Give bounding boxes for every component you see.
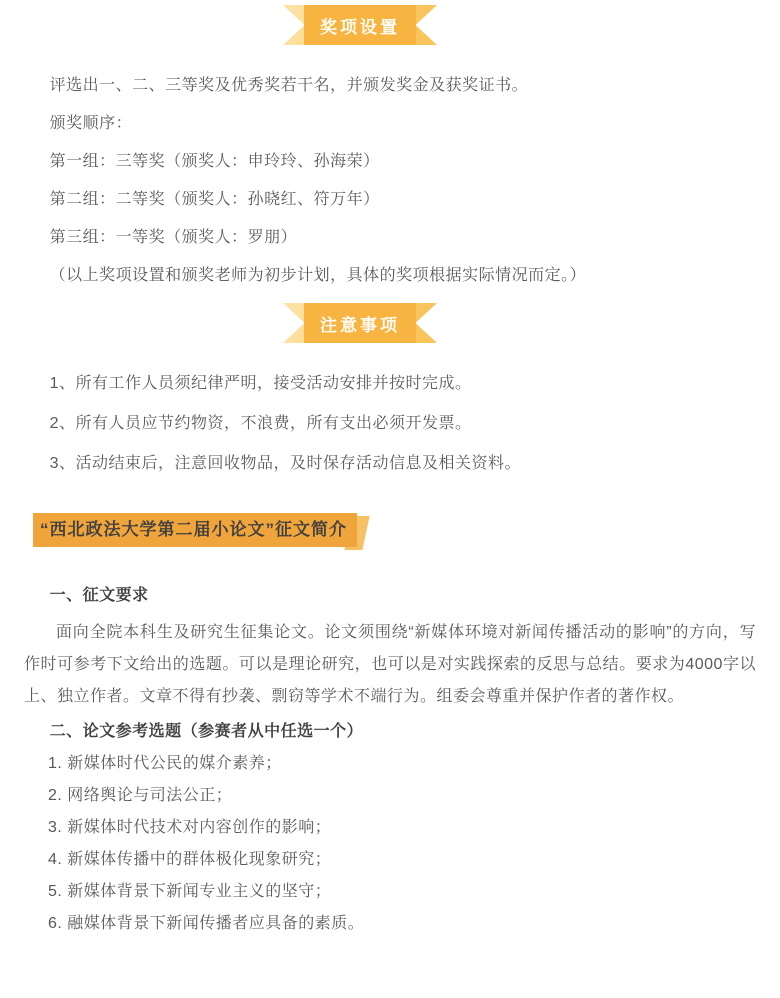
topic-line: 3. 新媒体时代技术对内容创作的影响； (24, 817, 756, 839)
notes-section: 1、所有工作人员须纪律严明，接受活动安排并按时完成。 2、所有人员应节约物资，不… (0, 373, 780, 475)
topic-line: 5. 新媒体背景下新闻专业主义的坚守； (24, 881, 756, 903)
essay-intro-badge: “西北政法大学第二届小论文”征文简介 (33, 513, 357, 547)
award-line: 第二组：二等奖（颁奖人：孙晓红、符万年） (24, 189, 756, 211)
note-line: 2、所有人员应节约物资，不浪费，所有支出必须开发票。 (24, 413, 756, 435)
essay-requirements-heading: 一、征文要求 (24, 585, 756, 607)
essay-topics-heading: 二、论文参考选题（参赛者从中任选一个） (24, 721, 756, 743)
award-line: 第一组：三等奖（颁奖人：申玲玲、孙海荣） (24, 151, 756, 173)
essay-topics-list: 1. 新媒体时代公民的媒介素养； 2. 网络舆论与司法公正； 3. 新媒体时代技… (24, 753, 756, 935)
essay-section: 一、征文要求 面向全院本科生及研究生征集论文。论文须围绕“新媒体环境对新闻传播活… (0, 585, 780, 935)
essay-intro-badge-label: “西北政法大学第二届小论文”征文简介 (33, 513, 357, 547)
award-line: （以上奖项设置和颁奖老师为初步计划，具体的奖项根据实际情况而定。） (24, 265, 756, 287)
topic-line: 2. 网络舆论与司法公正； (24, 785, 756, 807)
topic-line: 6. 融媒体背景下新闻传播者应具备的素质。 (24, 913, 756, 935)
award-line: 评选出一、二、三等奖及优秀奖若干名，并颁发奖金及获奖证书。 (24, 75, 756, 97)
awards-section: 评选出一、二、三等奖及优秀奖若干名，并颁发奖金及获奖证书。 颁奖顺序： 第一组：… (0, 75, 780, 287)
award-line: 第三组：一等奖（颁奖人：罗朋） (24, 227, 756, 249)
note-line: 1、所有工作人员须纪律严明，接受活动安排并按时完成。 (24, 373, 756, 395)
note-line: 3、活动结束后，注意回收物品，及时保存活动信息及相关资料。 (24, 453, 756, 475)
awards-ribbon: 奖项设置 (283, 5, 437, 45)
notes-ribbon: 注意事项 (283, 303, 437, 343)
award-line: 颁奖顺序： (24, 113, 756, 135)
article-page: 奖项设置 评选出一、二、三等奖及优秀奖若干名，并颁发奖金及获奖证书。 颁奖顺序：… (0, 0, 780, 998)
topic-line: 4. 新媒体传播中的群体极化现象研究； (24, 849, 756, 871)
topic-line: 1. 新媒体时代公民的媒介素养； (24, 753, 756, 775)
notes-ribbon-label: 注意事项 (304, 303, 416, 343)
awards-ribbon-label: 奖项设置 (304, 5, 416, 45)
essay-requirements-body: 面向全院本科生及研究生征集论文。论文须围绕“新媒体环境对新闻传播活动的影响”的方… (24, 617, 756, 713)
